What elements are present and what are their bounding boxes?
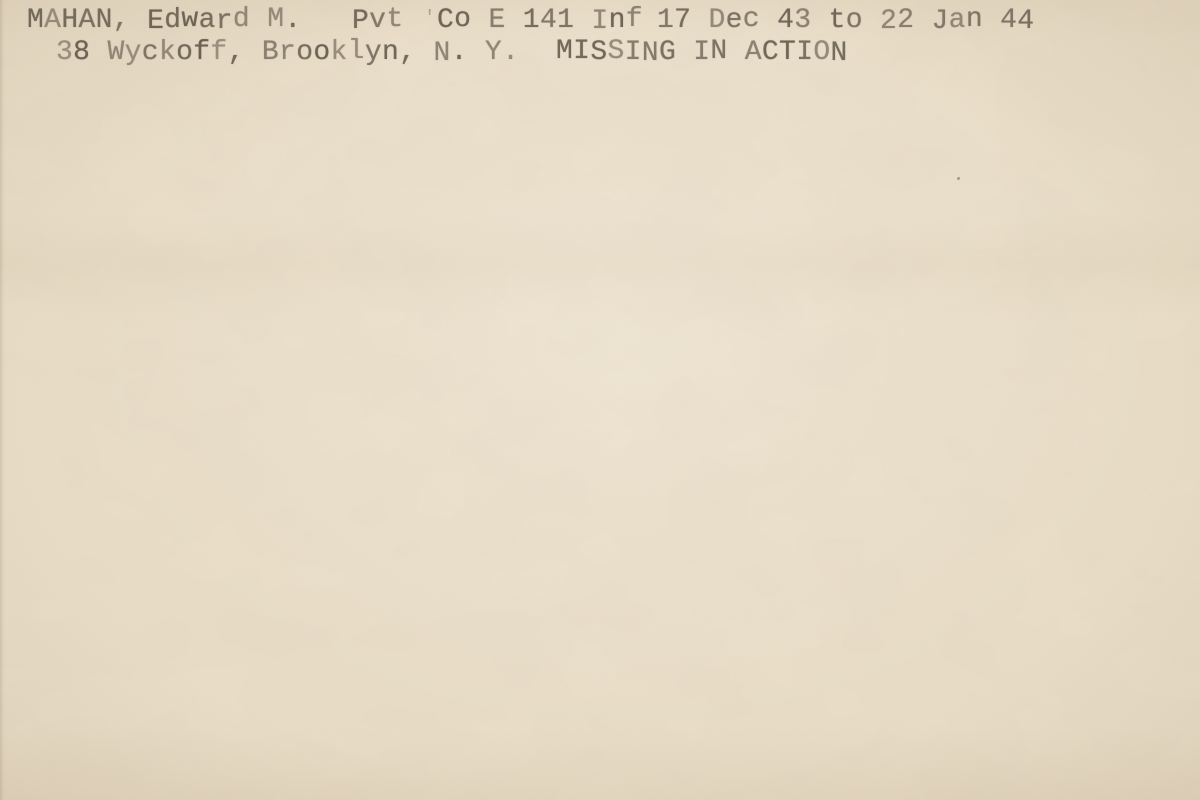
scanned-index-card: MAHAN, Edward M. Pvt ' Co E 141 Inf 17 D… xyxy=(0,0,1200,800)
soldier-name: MAHAN, Edward M. xyxy=(27,7,302,35)
soldier-rank: Pvt xyxy=(352,7,403,35)
home-address: 38 Wyckoff, Brooklyn, N. Y. xyxy=(56,39,519,67)
ink-speck xyxy=(957,177,960,180)
soldier-unit: Co E 141 Inf xyxy=(437,7,643,35)
paper-texture xyxy=(0,0,1200,800)
left-edge-crease xyxy=(0,0,5,800)
service-dates: 17 Dec 43 to 22 Jan 44 xyxy=(657,7,1034,35)
casualty-status: MISSING IN ACTION xyxy=(556,39,848,67)
stray-ink-mark: ' xyxy=(424,9,435,28)
